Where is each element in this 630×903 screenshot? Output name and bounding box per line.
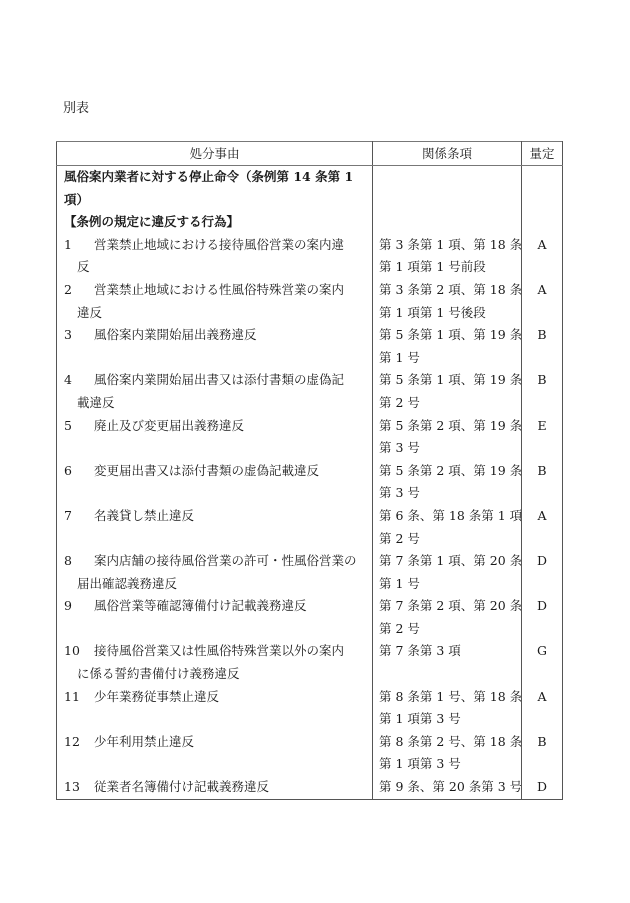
reason-line2 [64, 347, 372, 370]
articles-cell: 第 3 条第 1 項、第 18 条第 1 項第 1 号前段 [373, 234, 522, 279]
table-row: 1営業禁止地域における接待風俗営業の案内違反第 3 条第 1 項、第 18 条第… [57, 234, 563, 279]
articles-line2: 第 1 号 [379, 347, 521, 370]
section-articles-cell [373, 166, 522, 234]
grade-value: B [522, 369, 562, 392]
grade-cell: A [522, 686, 563, 731]
section-title-line2: 項） [64, 189, 372, 212]
section-title-cell: 風俗案内業者に対する停止命令（条例第 14 条第 1 項） 【条例の規定に違反す… [57, 166, 373, 234]
articles-line1: 第 5 条第 2 項、第 19 条 [379, 415, 521, 438]
reason-line2: 載違反 [64, 392, 372, 415]
grade-value: E [522, 415, 562, 438]
grade-value: A [522, 505, 562, 528]
reason-line2 [64, 708, 372, 731]
header-reason: 処分事由 [57, 142, 373, 166]
item-number: 3 [64, 324, 94, 347]
articles-line1: 第 5 条第 1 項、第 19 条 [379, 369, 521, 392]
grade-value: B [522, 731, 562, 754]
table-row: 7名義貸し禁止違反第 6 条、第 18 条第 1 項第 2 号A [57, 505, 563, 550]
reason-line2: 届出確認義務違反 [64, 573, 372, 596]
articles-line2: 第 1 項第 1 号後段 [379, 302, 521, 325]
table-row: 3風俗案内業開始届出義務違反第 5 条第 1 項、第 19 条第 1 号B [57, 324, 563, 369]
articles-cell: 第 6 条、第 18 条第 1 項第 2 号 [373, 505, 522, 550]
articles-line1: 第 6 条、第 18 条第 1 項 [379, 505, 521, 528]
reason-cell: 13従業者名簿備付け記載義務違反 [57, 776, 373, 799]
reason-text: 案内店舗の接待風俗営業の許可・性風俗営業の [94, 553, 357, 568]
reason-line2: に係る誓約書備付け義務違反 [64, 663, 372, 686]
articles-cell: 第 7 条第 3 項 [373, 640, 522, 685]
grade-value: B [522, 460, 562, 483]
articles-line1: 第 8 条第 2 号、第 18 条 [379, 731, 521, 754]
table-row: 4風俗案内業開始届出書又は添付書類の虚偽記載違反第 5 条第 1 項、第 19 … [57, 369, 563, 414]
item-number: 1 [64, 234, 94, 257]
item-number: 6 [64, 460, 94, 483]
articles-line1: 第 3 条第 1 項、第 18 条 [379, 234, 521, 257]
reason-line2: 違反 [64, 302, 372, 325]
table-row: 9風俗営業等確認簿備付け記載義務違反第 7 条第 2 項、第 20 条第 2 号… [57, 595, 563, 640]
reason-line1: 2営業禁止地域における性風俗特殊営業の案内 [64, 279, 372, 302]
reason-line1: 7名義貸し禁止違反 [64, 505, 372, 528]
reason-cell: 7名義貸し禁止違反 [57, 505, 373, 550]
reason-cell: 9風俗営業等確認簿備付け記載義務違反 [57, 595, 373, 640]
articles-line2: 第 1 項第 1 号前段 [379, 256, 521, 279]
table-row: 10接待風俗営業又は性風俗特殊営業以外の案内に係る誓約書備付け義務違反第 7 条… [57, 640, 563, 685]
articles-line2 [379, 663, 521, 686]
articles-line1: 第 5 条第 2 項、第 19 条 [379, 460, 521, 483]
table-row: 5廃止及び変更届出義務違反第 5 条第 2 項、第 19 条第 3 号E [57, 415, 563, 460]
reason-line2 [64, 618, 372, 641]
grade-cell: E [522, 415, 563, 460]
articles-line1: 第 9 条、第 20 条第 3 号 [379, 776, 521, 799]
table-row: 12少年利用禁止違反第 8 条第 2 号、第 18 条第 1 項第 3 号B [57, 731, 563, 776]
grade-value: D [522, 550, 562, 573]
reason-line2 [64, 482, 372, 505]
reason-line1: 6変更届出書又は添付書類の虚偽記載違反 [64, 460, 372, 483]
table-row: 13従業者名簿備付け記載義務違反第 9 条、第 20 条第 3 号D [57, 776, 563, 799]
articles-line1: 第 7 条第 3 項 [379, 640, 521, 663]
grade-cell: B [522, 460, 563, 505]
articles-cell: 第 8 条第 2 号、第 18 条第 1 項第 3 号 [373, 731, 522, 776]
grade-cell: G [522, 640, 563, 685]
section-grade-cell [522, 166, 563, 234]
section-subtitle: 【条例の規定に違反する行為】 [64, 211, 372, 234]
articles-cell: 第 7 条第 2 項、第 20 条第 2 号 [373, 595, 522, 640]
reason-line1: 1営業禁止地域における接待風俗営業の案内違 [64, 234, 372, 257]
reason-text: 廃止及び変更届出義務違反 [94, 418, 244, 433]
grade-value: D [522, 595, 562, 618]
articles-line2: 第 2 号 [379, 528, 521, 551]
reason-cell: 4風俗案内業開始届出書又は添付書類の虚偽記載違反 [57, 369, 373, 414]
table-header-row: 処分事由 関係条項 量定 [57, 142, 563, 166]
reason-cell: 5廃止及び変更届出義務違反 [57, 415, 373, 460]
reason-cell: 6変更届出書又は添付書類の虚偽記載違反 [57, 460, 373, 505]
table-row: 8案内店舗の接待風俗営業の許可・性風俗営業の届出確認義務違反第 7 条第 1 項… [57, 550, 563, 595]
grade-cell: A [522, 505, 563, 550]
articles-line2: 第 2 号 [379, 392, 521, 415]
reason-text: 風俗営業等確認簿備付け記載義務違反 [94, 598, 307, 613]
table-row: 2営業禁止地域における性風俗特殊営業の案内違反第 3 条第 2 項、第 18 条… [57, 279, 563, 324]
reason-line2 [64, 528, 372, 551]
grade-cell: D [522, 595, 563, 640]
reason-cell: 1営業禁止地域における接待風俗営業の案内違反 [57, 234, 373, 279]
grade-cell: A [522, 234, 563, 279]
item-number: 2 [64, 279, 94, 302]
articles-line1: 第 7 条第 2 項、第 20 条 [379, 595, 521, 618]
item-number: 11 [64, 686, 94, 709]
reason-line2: 反 [64, 256, 372, 279]
grade-value: A [522, 234, 562, 257]
reason-line2 [64, 753, 372, 776]
articles-cell: 第 5 条第 1 項、第 19 条第 1 号 [373, 324, 522, 369]
section-title-line1: 風俗案内業者に対する停止命令（条例第 14 条第 1 [64, 166, 372, 189]
articles-line2: 第 3 号 [379, 437, 521, 460]
reason-text: 変更届出書又は添付書類の虚偽記載違反 [94, 463, 319, 478]
grade-value: A [522, 686, 562, 709]
grade-cell: A [522, 279, 563, 324]
item-number: 8 [64, 550, 94, 573]
reason-cell: 10接待風俗営業又は性風俗特殊営業以外の案内に係る誓約書備付け義務違反 [57, 640, 373, 685]
header-articles: 関係条項 [373, 142, 522, 166]
reason-text: 名義貸し禁止違反 [94, 508, 194, 523]
table-row: 11少年業務従事禁止違反第 8 条第 1 号、第 18 条第 1 項第 3 号A [57, 686, 563, 731]
articles-line2: 第 1 号 [379, 573, 521, 596]
grade-cell: B [522, 731, 563, 776]
document-label: 別表 [63, 101, 89, 117]
articles-cell: 第 5 条第 1 項、第 19 条第 2 号 [373, 369, 522, 414]
reason-cell: 2営業禁止地域における性風俗特殊営業の案内違反 [57, 279, 373, 324]
articles-line2: 第 1 項第 3 号 [379, 753, 521, 776]
reason-line1: 11少年業務従事禁止違反 [64, 686, 372, 709]
item-number: 10 [64, 640, 94, 663]
reason-line1: 9風俗営業等確認簿備付け記載義務違反 [64, 595, 372, 618]
table-row: 6変更届出書又は添付書類の虚偽記載違反第 5 条第 2 項、第 19 条第 3 … [57, 460, 563, 505]
reason-cell: 3風俗案内業開始届出義務違反 [57, 324, 373, 369]
item-number: 12 [64, 731, 94, 754]
grade-value: B [522, 324, 562, 347]
reason-cell: 8案内店舗の接待風俗営業の許可・性風俗営業の届出確認義務違反 [57, 550, 373, 595]
grade-cell: D [522, 550, 563, 595]
grade-cell: B [522, 324, 563, 369]
articles-line1: 第 7 条第 1 項、第 20 条 [379, 550, 521, 573]
item-number: 9 [64, 595, 94, 618]
penalty-table: 処分事由 関係条項 量定 風俗案内業者に対する停止命令（条例第 14 条第 1 … [56, 141, 563, 800]
articles-cell: 第 9 条、第 20 条第 3 号 [373, 776, 522, 799]
reason-text: 営業禁止地域における接待風俗営業の案内違 [94, 237, 344, 252]
grade-value: D [522, 776, 562, 799]
articles-line2: 第 3 号 [379, 482, 521, 505]
reason-line1: 12少年利用禁止違反 [64, 731, 372, 754]
reason-line2 [64, 437, 372, 460]
reason-text: 風俗案内業開始届出書又は添付書類の虚偽記 [94, 372, 344, 387]
header-grade: 量定 [522, 142, 563, 166]
articles-cell: 第 5 条第 2 項、第 19 条第 3 号 [373, 415, 522, 460]
reason-text: 風俗案内業開始届出義務違反 [94, 327, 257, 342]
section-row: 風俗案内業者に対する停止命令（条例第 14 条第 1 項） 【条例の規定に違反す… [57, 166, 563, 234]
articles-line1: 第 5 条第 1 項、第 19 条 [379, 324, 521, 347]
reason-text: 接待風俗営業又は性風俗特殊営業以外の案内 [94, 643, 344, 658]
grade-value: A [522, 279, 562, 302]
item-number: 13 [64, 776, 94, 799]
reason-line1: 10接待風俗営業又は性風俗特殊営業以外の案内 [64, 640, 372, 663]
reason-text: 少年利用禁止違反 [94, 734, 194, 749]
grade-cell: B [522, 369, 563, 414]
reason-line1: 8案内店舗の接待風俗営業の許可・性風俗営業の [64, 550, 372, 573]
reason-text: 従業者名簿備付け記載義務違反 [94, 779, 269, 794]
reason-line1: 5廃止及び変更届出義務違反 [64, 415, 372, 438]
reason-line1: 4風俗案内業開始届出書又は添付書類の虚偽記 [64, 369, 372, 392]
reason-line1: 3風俗案内業開始届出義務違反 [64, 324, 372, 347]
item-number: 7 [64, 505, 94, 528]
reason-line1: 13従業者名簿備付け記載義務違反 [64, 776, 372, 799]
articles-cell: 第 8 条第 1 号、第 18 条第 1 項第 3 号 [373, 686, 522, 731]
reason-text: 営業禁止地域における性風俗特殊営業の案内 [94, 282, 344, 297]
grade-value: G [522, 640, 562, 663]
reason-text: 少年業務従事禁止違反 [94, 689, 219, 704]
reason-cell: 12少年利用禁止違反 [57, 731, 373, 776]
item-number: 4 [64, 369, 94, 392]
articles-cell: 第 3 条第 2 項、第 18 条第 1 項第 1 号後段 [373, 279, 522, 324]
articles-line1: 第 3 条第 2 項、第 18 条 [379, 279, 521, 302]
articles-line1: 第 8 条第 1 号、第 18 条 [379, 686, 521, 709]
grade-cell: D [522, 776, 563, 799]
item-number: 5 [64, 415, 94, 438]
articles-cell: 第 5 条第 2 項、第 19 条第 3 号 [373, 460, 522, 505]
reason-cell: 11少年業務従事禁止違反 [57, 686, 373, 731]
articles-cell: 第 7 条第 1 項、第 20 条第 1 号 [373, 550, 522, 595]
articles-line2: 第 1 項第 3 号 [379, 708, 521, 731]
articles-line2: 第 2 号 [379, 618, 521, 641]
